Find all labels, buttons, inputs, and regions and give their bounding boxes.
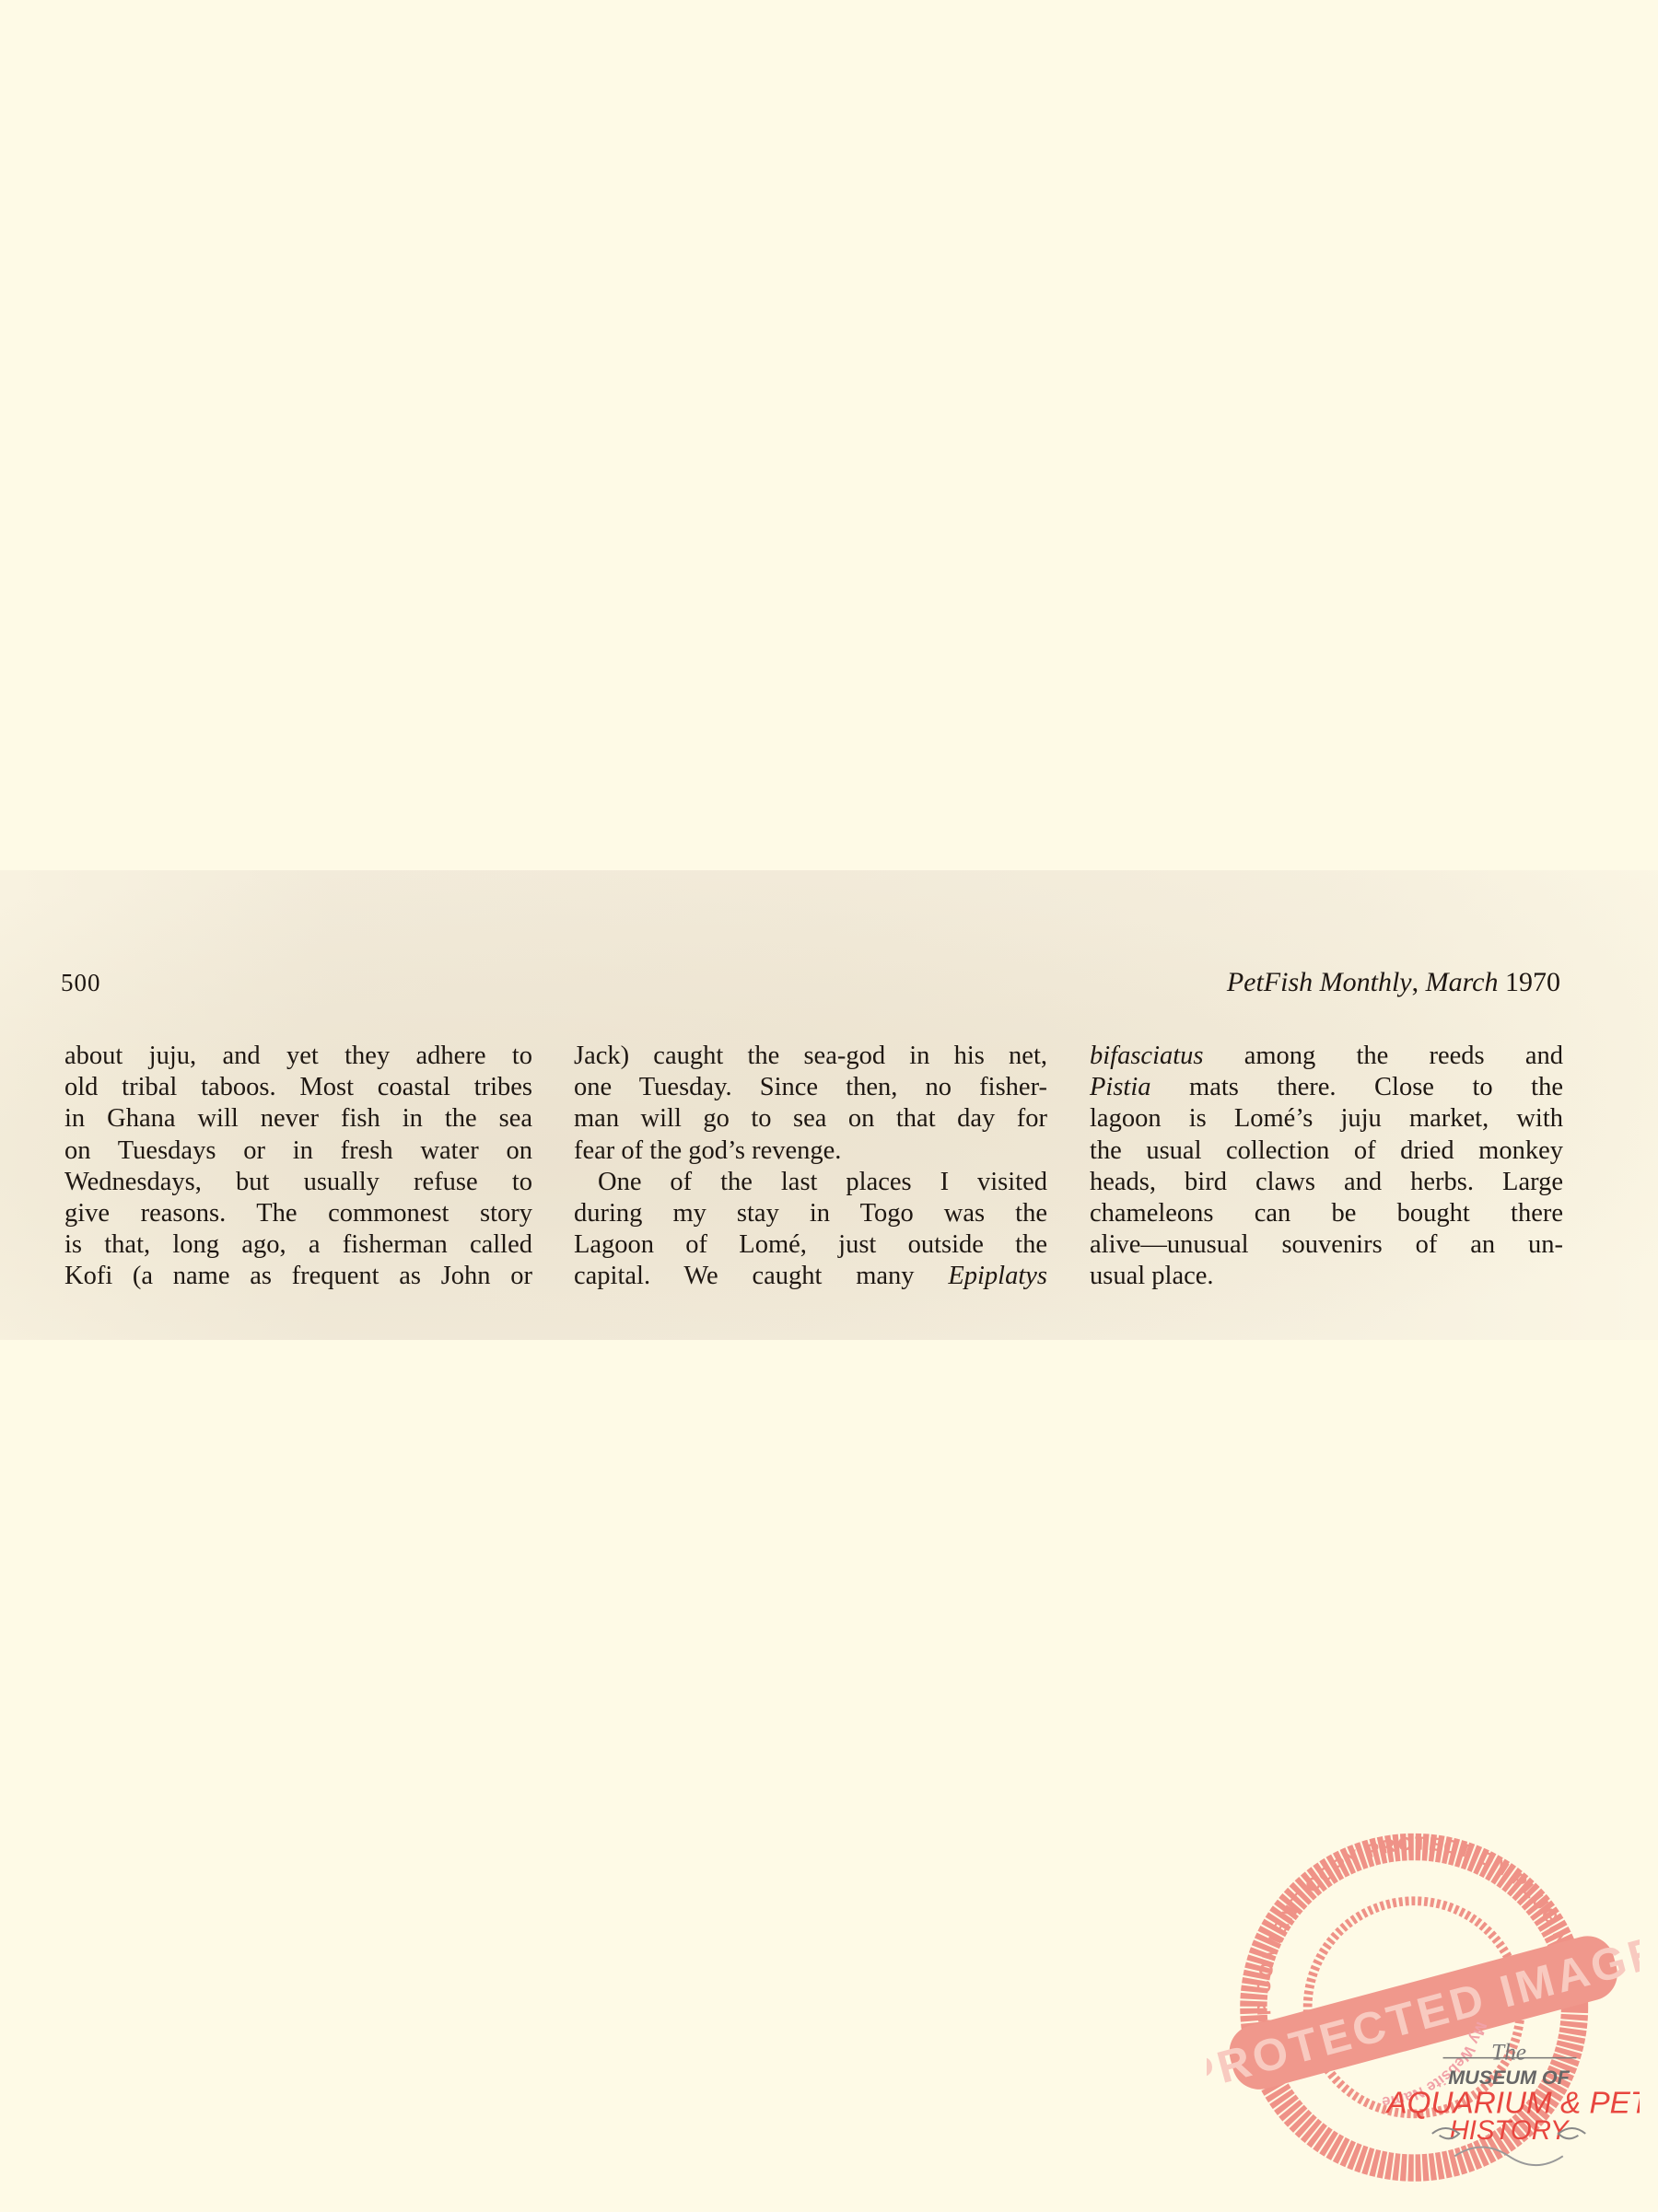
species-name: Pistia	[1090, 1073, 1151, 1101]
text-line: capital. We caught many Epiplatys	[574, 1261, 1047, 1292]
text-line: give reasons. The commonest story	[64, 1198, 532, 1229]
text-line: on Tuesdays or in fresh water on	[64, 1135, 532, 1167]
text-line: Jack) caught the sea-god in his net,	[574, 1041, 1047, 1072]
protected-image-watermark: WP CONTENT COPY PROTECTION PLUGIN PROTEC…	[1207, 1805, 1640, 2192]
text-line: old tribal taboos. Most coastal tribes	[64, 1072, 532, 1103]
text-line: the usual collection of dried monkey	[1090, 1135, 1563, 1167]
text-segment: among the reeds and	[1204, 1042, 1563, 1070]
watermark-ring-text: WP CONTENT COPY PROTECTION PLUGIN	[1254, 1833, 1574, 2037]
running-head: PetFish Monthly, March 1970	[1227, 967, 1560, 998]
stamp-icon: WP CONTENT COPY PROTECTION PLUGIN PROTEC…	[1207, 1805, 1640, 2192]
text-line: in Ghana will never fish in the sea	[64, 1103, 532, 1135]
svg-text:WP CONTENT COPY PROTECTION PLU: WP CONTENT COPY PROTECTION PLUGIN	[1254, 1833, 1574, 2037]
text-line: alive—unusual souvenirs of an un-	[1090, 1229, 1563, 1261]
text-segment: capital. We caught many	[574, 1262, 948, 1290]
text-column-2: Jack) caught the sea-god in his net, one…	[574, 1041, 1047, 1293]
svg-text:My Website Name Here: My Website Name Here	[1207, 1805, 1490, 2112]
species-name: bifasciatus	[1090, 1042, 1204, 1070]
text-line: Wednesdays, but usually refuse to	[64, 1167, 532, 1198]
watermark-band-text: PROTECTED IMAGE	[1207, 1927, 1640, 2102]
text-column-1: about juju, and yet they adhere to old t…	[64, 1041, 532, 1293]
watermark-site-text: My Website Name Here	[1207, 1805, 1490, 2112]
text-line: is that, long ago, a fisherman called	[64, 1229, 532, 1261]
logo-aquarium-pet: AQUARIUM & PET	[1384, 2086, 1640, 2120]
publication-title: PetFish Monthly	[1227, 967, 1412, 997]
text-line: during my stay in Togo was the	[574, 1198, 1047, 1229]
text-line: usual place.	[1090, 1261, 1563, 1292]
running-head-separator: ,	[1412, 967, 1426, 997]
text-column-3: bifasciatus among the reeds and Pistia m…	[1090, 1041, 1563, 1293]
logo-the: The	[1491, 2039, 1526, 2066]
paragraph-start-line: One of the last places I visited	[574, 1167, 1047, 1198]
text-line: about juju, and yet they adhere to	[64, 1041, 532, 1072]
text-line: man will go to sea on that day for	[574, 1103, 1047, 1135]
text-line: fear of the god’s revenge.	[574, 1135, 1047, 1167]
issue-year: 1970	[1505, 967, 1560, 997]
museum-logo: The MUSEUM OF AQUARIUM & PET HISTORY	[1384, 2039, 1640, 2166]
text-line: bifasciatus among the reeds and	[1090, 1041, 1563, 1072]
species-name: Epiplatys	[948, 1262, 1047, 1290]
text-segment: mats there. Close to the	[1151, 1073, 1563, 1101]
page-number: 500	[61, 969, 101, 997]
logo-history: HISTORY	[1450, 2115, 1570, 2146]
text-line: Kofi (a name as frequent as John or	[64, 1261, 532, 1292]
text-line: one Tuesday. Since then, no fisher-	[574, 1072, 1047, 1103]
issue-month: March	[1426, 967, 1499, 997]
text-line: chameleons can be bought there	[1090, 1198, 1563, 1229]
text-line: heads, bird claws and herbs. Large	[1090, 1167, 1563, 1198]
logo-museum: MUSEUM OF	[1448, 2066, 1570, 2089]
text-line: lagoon is Lomé’s juju market, with	[1090, 1103, 1563, 1135]
text-line: Lagoon of Lomé, just outside the	[574, 1229, 1047, 1261]
text-line: Pistia mats there. Close to the	[1090, 1072, 1563, 1103]
